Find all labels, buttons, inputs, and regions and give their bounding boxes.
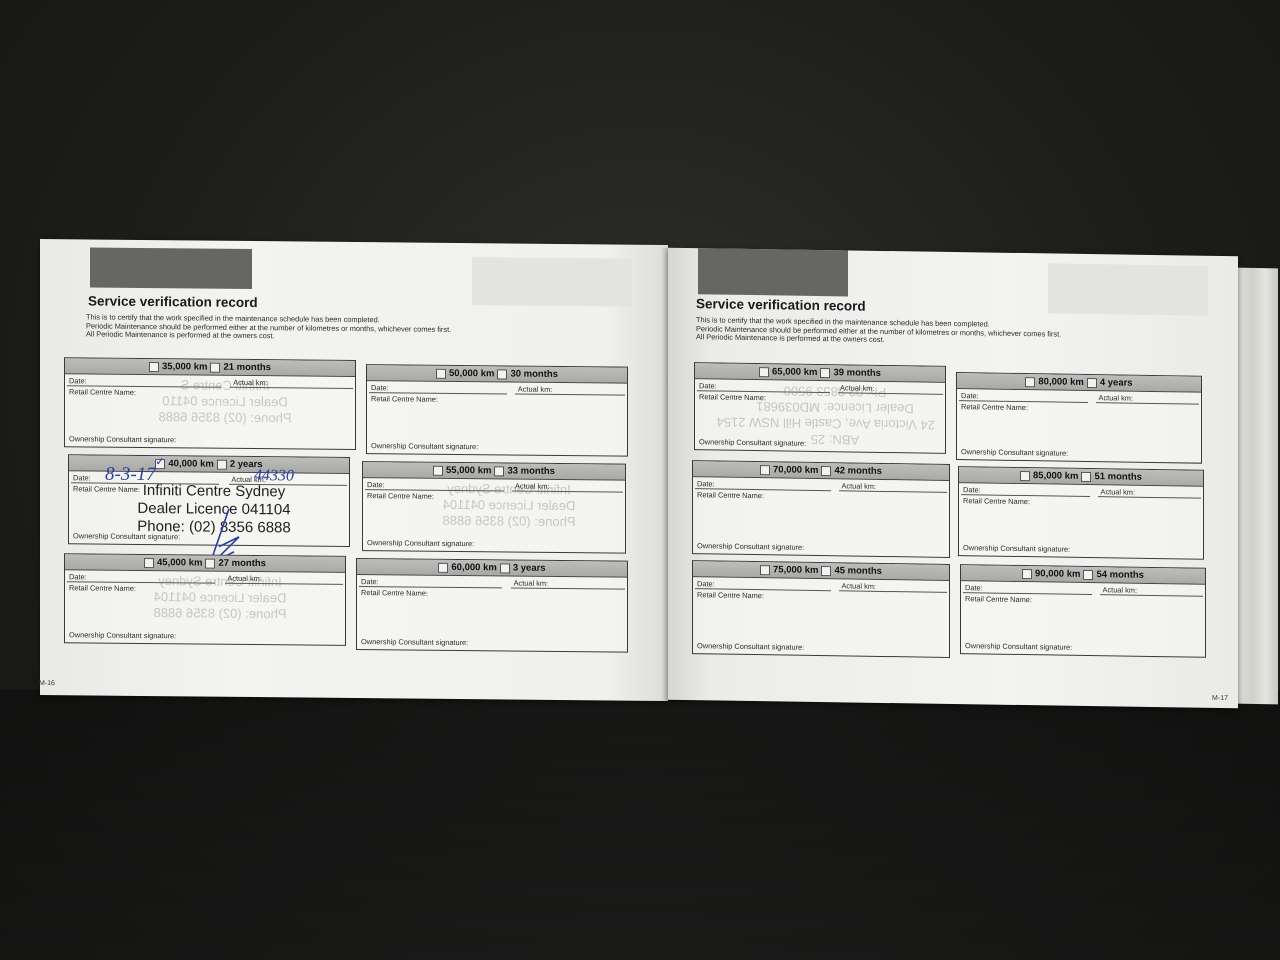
signature-label: Ownership Consultant signature: xyxy=(697,541,804,552)
interval-checkbox[interactable] xyxy=(217,459,227,469)
actual-km-label: Actual km: xyxy=(841,581,876,591)
km-label: 60,000 km xyxy=(451,562,496,573)
service-entry-60000km: 60,000 km 3 years Date: Actual km: Retai… xyxy=(356,558,628,653)
date-km-row: Date: Actual km: xyxy=(367,381,627,395)
interval-checkbox[interactable] xyxy=(205,558,215,568)
interval-label: 21 months xyxy=(223,362,271,373)
service-entry-85000km: 85,000 km 51 months Date: Actual km: Ret… xyxy=(958,466,1204,560)
km-checkbox[interactable] xyxy=(433,465,443,475)
signature-label: Ownership Consultant signature: xyxy=(371,441,478,451)
date-label: Date: xyxy=(697,579,715,588)
km-checkbox[interactable] xyxy=(144,557,154,567)
service-entry-65000km: 65,000 km 39 months Date: Actual km: Ret… xyxy=(694,362,946,454)
interval-checkbox[interactable] xyxy=(821,566,831,576)
km-label: 85,000 km xyxy=(1033,470,1078,482)
km-label: 65,000 km xyxy=(772,366,817,378)
actual-km-field[interactable] xyxy=(839,590,947,593)
bleed-through-dealer-stamp: Infiniti Centre SDealer Licence 04110Pho… xyxy=(105,377,345,427)
interval-checkbox[interactable] xyxy=(821,466,831,476)
retail-centre-label: Retail Centre Name: xyxy=(361,588,428,598)
km-label: 70,000 km xyxy=(773,464,818,476)
actual-km-field[interactable] xyxy=(1100,594,1203,597)
bleed-through-dealer-stamp: ABN: 2524 Victoria Ave, Castle Hill NSW … xyxy=(735,382,935,449)
service-entry-75000km: 75,000 km 45 months Date: Actual km: Ret… xyxy=(692,560,950,658)
interval-label: 45 months xyxy=(834,565,882,577)
interval-checkbox[interactable] xyxy=(210,362,220,372)
service-entry-55000km: 55,000 km 33 months Date: Actual km: Ret… xyxy=(362,461,626,554)
date-label: Date: xyxy=(367,480,385,489)
service-entry-90000km: 90,000 km 54 months Date: Actual km: Ret… xyxy=(960,564,1206,658)
interval-label: 42 months xyxy=(834,465,882,477)
page-number: M-17 xyxy=(1212,695,1228,702)
actual-km-field[interactable] xyxy=(1096,402,1199,405)
signature-label: Ownership Consultant signature: xyxy=(69,630,176,640)
service-booklet: Service verification record This is to c… xyxy=(0,0,1280,960)
interval-checkbox[interactable] xyxy=(820,368,830,378)
km-label: 75,000 km xyxy=(773,564,818,576)
header-tab-block xyxy=(90,247,252,289)
km-checkbox[interactable] xyxy=(1022,569,1032,579)
page-number: M-16 xyxy=(39,680,55,687)
interval-label: 4 years xyxy=(1100,377,1133,388)
actual-km-field[interactable] xyxy=(839,490,947,493)
km-checkbox[interactable] xyxy=(438,562,448,572)
handwritten-actual-km: 44330 xyxy=(254,467,294,485)
retail-centre-label: Retail Centre Name: xyxy=(697,590,764,600)
interval-label: 3 years xyxy=(513,563,546,574)
interval-label: 27 months xyxy=(218,558,266,569)
km-checkbox[interactable] xyxy=(1020,470,1030,480)
date-label: Date: xyxy=(699,381,717,390)
date-label: Date: xyxy=(963,485,981,494)
interval-checkbox[interactable] xyxy=(1087,377,1097,387)
km-checkbox[interactable] xyxy=(149,362,159,372)
interval-checkbox[interactable] xyxy=(494,466,504,476)
signature-label: Ownership Consultant signature: xyxy=(965,641,1072,652)
km-checkbox[interactable] xyxy=(1025,377,1035,387)
date-label: Date: xyxy=(69,376,87,385)
interval-label: 39 months xyxy=(833,367,881,379)
service-entry-80000km: 80,000 km 4 years Date: Actual km: Retai… xyxy=(956,372,1202,464)
signature-label: Ownership Consultant signature: xyxy=(697,641,804,652)
handwritten-date: 8-3-17 xyxy=(105,464,156,486)
km-label: 80,000 km xyxy=(1038,376,1083,388)
bleed-through-dealer-stamp: Infiniti Centre SydneyDealer Licence 041… xyxy=(403,480,615,530)
date-label: Date: xyxy=(69,572,87,581)
signature-label: Ownership Consultant signature: xyxy=(367,538,474,548)
interval-checkbox[interactable] xyxy=(1083,569,1093,579)
km-checkbox[interactable] xyxy=(760,465,770,475)
actual-km-label: Actual km: xyxy=(841,481,876,491)
actual-km-field[interactable] xyxy=(1098,496,1201,499)
page-title: Service verification record xyxy=(88,293,258,310)
km-label: 90,000 km xyxy=(1035,568,1080,580)
date-label: Date: xyxy=(361,577,379,586)
bleed-through-block xyxy=(472,257,632,307)
header-tab-block xyxy=(698,248,848,296)
date-label: Date: xyxy=(961,391,979,400)
interval-label: 30 months xyxy=(510,369,558,380)
signature-label: Ownership Consultant signature: xyxy=(963,543,1070,554)
right-page: Service verification record This is to c… xyxy=(668,248,1238,708)
bleed-through-block xyxy=(1048,263,1208,315)
km-label: 35,000 km xyxy=(162,361,207,372)
km-checkbox[interactable] xyxy=(760,565,770,575)
actual-km-label: Actual km: xyxy=(1099,393,1134,403)
interval-label: 33 months xyxy=(507,465,555,476)
page-title: Service verification record xyxy=(696,296,866,314)
page-stack-edge xyxy=(1236,268,1278,705)
service-entry-45000km: 45,000 km 27 months Date: Actual km: Ret… xyxy=(64,553,346,646)
interval-checkbox[interactable] xyxy=(497,369,507,379)
date-label: Date: xyxy=(371,383,389,392)
signature-label: Ownership Consultant signature: xyxy=(69,434,176,444)
date-label: Date: xyxy=(697,479,715,488)
actual-km-label: Actual km: xyxy=(518,385,553,394)
actual-km-field[interactable] xyxy=(515,394,625,396)
km-label: 55,000 km xyxy=(446,465,491,476)
retail-centre-label: Retail Centre Name: xyxy=(961,402,1028,412)
date-label: Date: xyxy=(73,473,91,482)
interval-checkbox[interactable] xyxy=(1081,471,1091,481)
service-entry-50000km: 50,000 km 30 months Date: Actual km: Ret… xyxy=(366,364,628,457)
retail-centre-label: Retail Centre Name: xyxy=(371,394,438,404)
retail-centre-label: Retail Centre Name: xyxy=(963,496,1030,506)
km-checkbox[interactable] xyxy=(155,459,165,469)
interval-label: 54 months xyxy=(1096,569,1144,581)
service-entry-35000km: 35,000 km 21 months Date: Actual km: Ret… xyxy=(64,357,356,450)
signature-label: Ownership Consultant signature: xyxy=(361,637,468,647)
km-label: 40,000 km xyxy=(168,458,213,469)
actual-km-field[interactable] xyxy=(511,588,625,590)
service-entry-70000km: 70,000 km 42 months Date: Actual km: Ret… xyxy=(692,460,950,558)
bleed-through-dealer-stamp: Infiniti Centre SydneyDealer Licence 041… xyxy=(105,573,335,623)
retail-centre-label: Retail Centre Name: xyxy=(697,490,764,500)
km-label: 45,000 km xyxy=(157,557,202,568)
left-page: Service verification record This is to c… xyxy=(40,239,668,701)
km-checkbox[interactable] xyxy=(436,368,446,378)
service-entry-40000km: 40,000 km 2 years Date: Actual km: Retai… xyxy=(68,454,350,547)
intro-text: This is to certify that the work specifi… xyxy=(86,313,451,342)
intro-text: This is to certify that the work specifi… xyxy=(696,316,1061,347)
signature-label: Ownership Consultant signature: xyxy=(961,447,1068,458)
date-label: Date: xyxy=(965,583,983,592)
retail-centre-label: Retail Centre Name: xyxy=(965,594,1032,604)
interval-label: 51 months xyxy=(1094,471,1142,483)
interval-checkbox[interactable] xyxy=(500,563,510,573)
km-label: 50,000 km xyxy=(449,368,494,379)
actual-km-label: Actual km: xyxy=(514,579,549,588)
km-checkbox[interactable] xyxy=(759,367,769,377)
